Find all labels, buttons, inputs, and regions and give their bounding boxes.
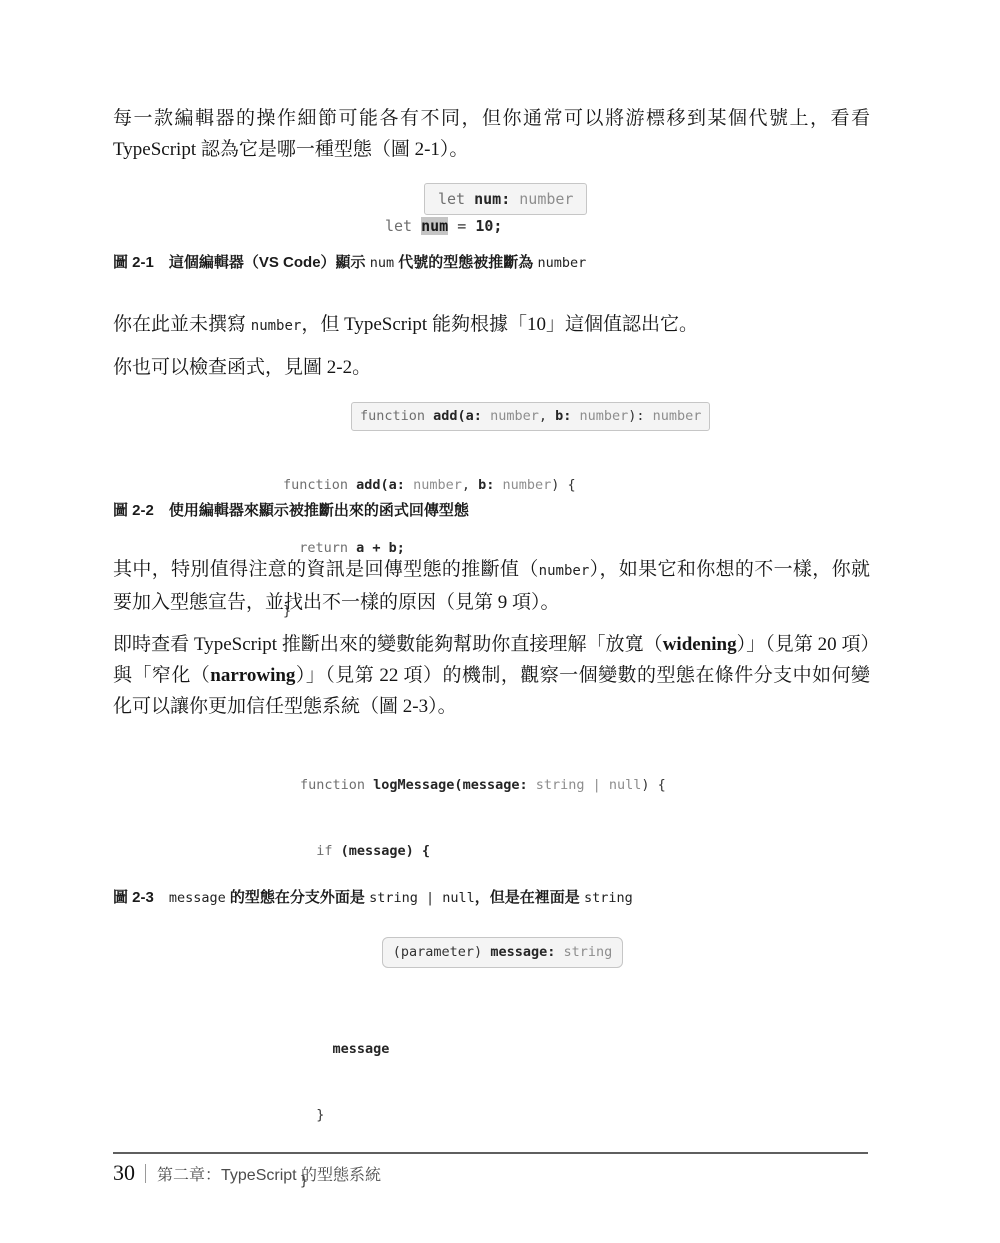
code-identifier: num: xyxy=(474,190,510,208)
code-keyword: function xyxy=(360,408,433,424)
figure-label: 圖 2-3 xyxy=(113,889,154,906)
code-identifier: add( xyxy=(433,408,466,424)
caption-code-term: number xyxy=(537,255,586,271)
code-punctuation: , xyxy=(539,408,555,424)
figure-label: 圖 2-2 xyxy=(113,502,154,519)
fig2-3-caption: 圖 2-3message 的型態在分支外面是 string | null，但是在… xyxy=(113,886,913,907)
code-punctuation: (parameter) xyxy=(393,944,491,960)
code-keyword: function xyxy=(300,777,373,793)
paragraph-text: 每一款編輯器的操作細節可能各有不同，但你通常可以將游標移到某個代號上，看看 Ty… xyxy=(113,108,870,160)
code-line: function logMessage(message: string | nu… xyxy=(300,774,666,796)
caption-code-term: num xyxy=(370,255,394,271)
paragraph-text: 即時查看 TypeScript 推斷出來的變數能夠幫助你直接理解「放寬（ xyxy=(113,634,663,655)
code-type: number xyxy=(494,477,551,493)
code-line: message xyxy=(300,1038,666,1060)
fig2-1-code: let num = 10; xyxy=(385,215,502,237)
code-punctuation: ) { xyxy=(641,777,665,793)
code-condition: (message) { xyxy=(341,843,430,859)
caption-text: 使用編輯器來顯示被推斷出來的函式回傳型態 xyxy=(169,502,469,519)
code-highlighted-symbol: num xyxy=(421,217,448,235)
code-identifier: logMessage( xyxy=(373,777,462,793)
page-number: 30 xyxy=(113,1161,135,1185)
footer-divider xyxy=(145,1164,146,1183)
code-keyword: function xyxy=(283,477,356,493)
page-footer: 30 第二章：TypeScript 的型態系統 xyxy=(113,1161,381,1185)
bold-term-narrowing: narrowing xyxy=(210,665,295,686)
caption-text: 代號的型態被推斷為 xyxy=(394,254,537,271)
chapter-title: 第二章：TypeScript 的型態系統 xyxy=(157,1162,381,1185)
paragraph-inference: 你在此並未撰寫 number，但 TypeScript 能夠根據「10」這個值認… xyxy=(113,309,870,342)
caption-code-term: message xyxy=(169,890,226,906)
paragraph-return-type: 其中，特別值得注意的資訊是回傳型態的推斷值（number），如果它和你想的不一樣… xyxy=(113,554,870,618)
code-identifier: b: xyxy=(555,408,571,424)
fig2-1-type-tooltip: let num: number xyxy=(424,183,587,215)
code-value: 10; xyxy=(475,217,502,235)
paragraph-text: 你也可以檢查函式，見圖 2-2。 xyxy=(113,357,371,378)
inline-code-term: number xyxy=(539,563,590,579)
caption-text: ，但是在裡面是 xyxy=(475,889,584,906)
code-punctuation: ): xyxy=(628,408,652,424)
code-identifier: b: xyxy=(478,477,494,493)
code-line: function add(a: number, b: number) { xyxy=(283,475,576,496)
paragraph-editor-hover: 每一款編輯器的操作細節可能各有不同，但你通常可以將游標移到某個代號上，看看 Ty… xyxy=(113,103,870,165)
code-identifier: a: xyxy=(466,408,482,424)
code-punctuation: , xyxy=(462,477,478,493)
paragraph-text: ，但 TypeScript 能夠根據「10」這個值認出它。 xyxy=(301,314,698,335)
code-punctuation: = xyxy=(448,217,475,235)
code-keyword: if xyxy=(300,843,341,859)
code-line: if (message) { xyxy=(300,840,666,862)
code-identifier: add( xyxy=(356,477,389,493)
code-type: string xyxy=(555,944,612,960)
caption-text: 的型態在分支外面是 xyxy=(226,889,369,906)
bold-term-widening: widening xyxy=(663,634,737,655)
code-line: } xyxy=(300,1104,666,1126)
fig2-2-caption: 圖 2-2使用編輯器來顯示被推斷出來的函式回傳型態 xyxy=(113,499,913,520)
code-identifier: message: xyxy=(463,777,528,793)
paragraph-widening-narrowing: 即時查看 TypeScript 推斷出來的變數能夠幫助你直接理解「放寬（wide… xyxy=(113,629,870,722)
paragraph-check-function: 你也可以檢查函式，見圖 2-2。 xyxy=(113,352,870,383)
fig2-1-caption: 圖 2-1這個編輯器（VS Code）顯示 num 代號的型態被推斷為 numb… xyxy=(113,251,913,272)
paragraph-text: 你在此並未撰寫 xyxy=(113,314,251,335)
fig2-2-type-tooltip: function add(a: number, b: number): numb… xyxy=(351,402,710,431)
code-keyword: let xyxy=(438,190,474,208)
code-identifier: message: xyxy=(490,944,555,960)
caption-text: 這個編輯器（VS Code）顯示 xyxy=(169,254,370,271)
code-type: number xyxy=(510,190,573,208)
code-type: string | null xyxy=(528,777,642,793)
fig2-3-type-tooltip: (parameter) message: string xyxy=(382,937,623,968)
paragraph-text: 其中，特別值得注意的資訊是回傳型態的推斷值（ xyxy=(113,559,539,580)
caption-code-term: string xyxy=(584,890,633,906)
code-type: number xyxy=(405,477,462,493)
book-page: 每一款編輯器的操作細節可能各有不同，但你通常可以將游標移到某個代號上，看看 Ty… xyxy=(0,0,1000,1243)
code-type: number xyxy=(571,408,628,424)
caption-code-term: string | null xyxy=(369,890,475,906)
figure-label: 圖 2-1 xyxy=(113,254,154,271)
inline-code-term: number xyxy=(251,318,302,334)
code-type: number xyxy=(653,408,702,424)
code-punctuation: ) { xyxy=(551,477,575,493)
code-keyword: let xyxy=(385,217,421,235)
code-type: number xyxy=(482,408,539,424)
code-identifier: a: xyxy=(389,477,405,493)
footer-rule xyxy=(113,1152,868,1154)
